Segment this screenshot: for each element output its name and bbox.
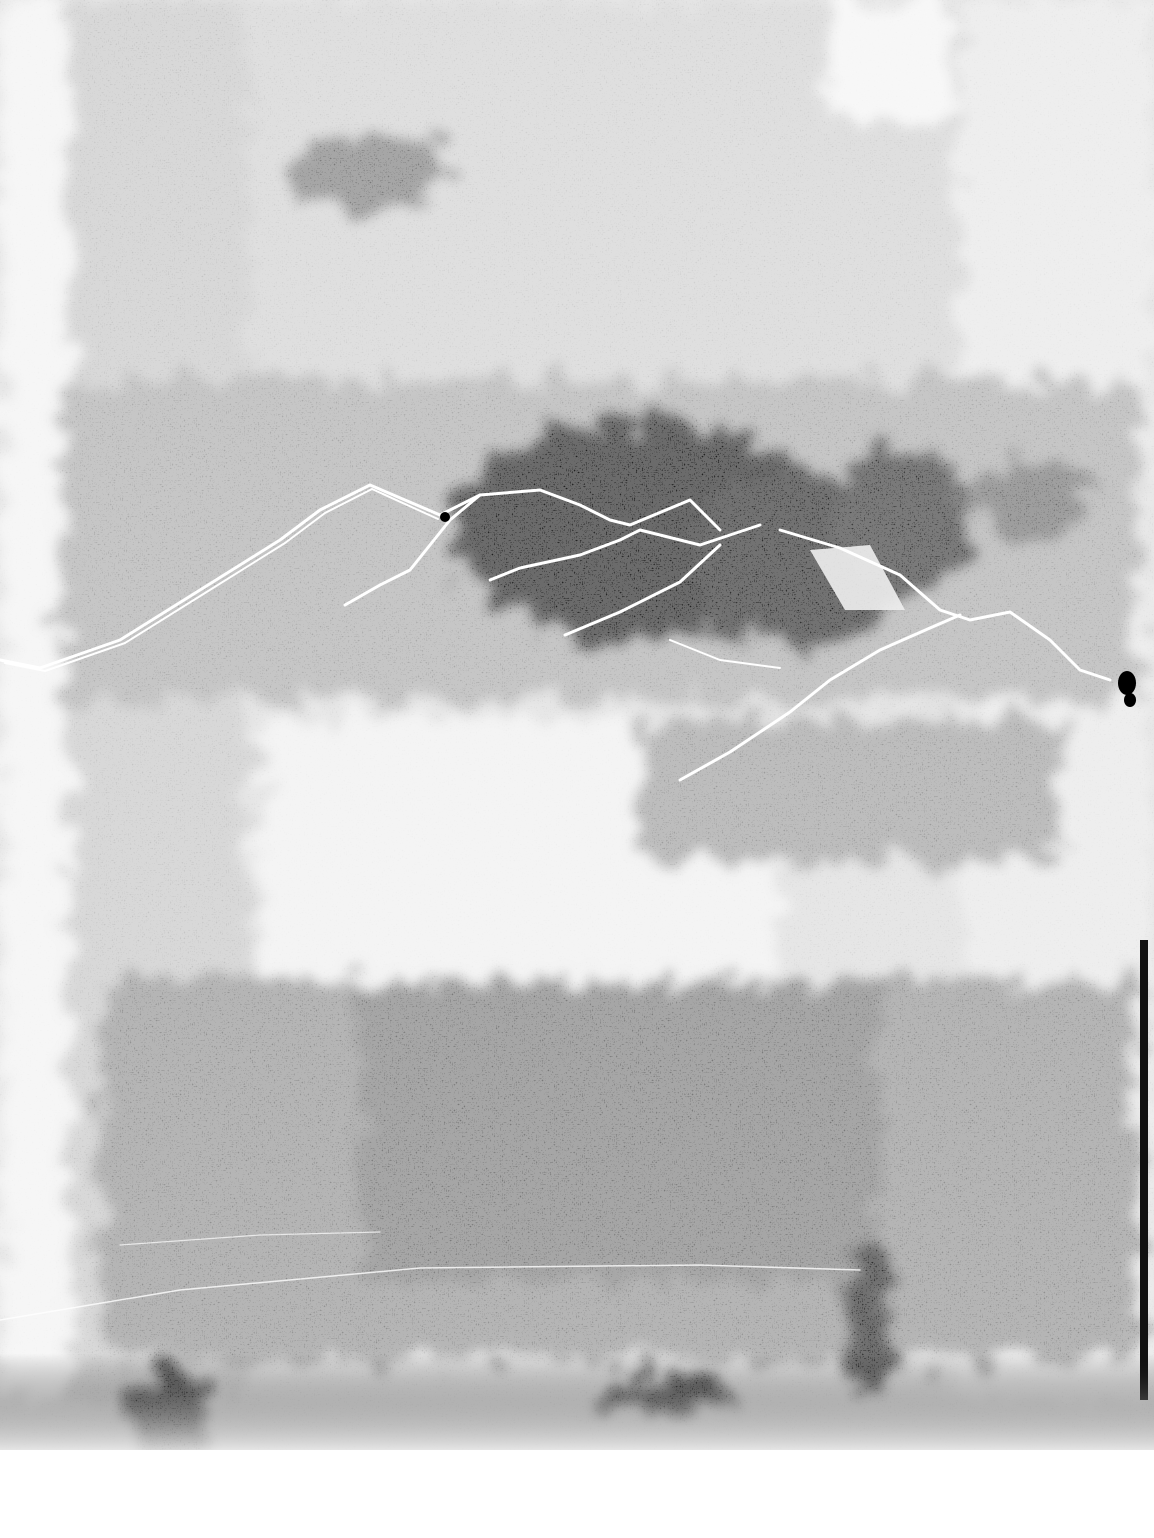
paper-margin	[0, 0, 1154, 1538]
bottom-margin	[0, 1450, 1154, 1538]
monoprint-artwork	[0, 0, 1154, 1538]
artwork-canvas	[0, 0, 1154, 1538]
